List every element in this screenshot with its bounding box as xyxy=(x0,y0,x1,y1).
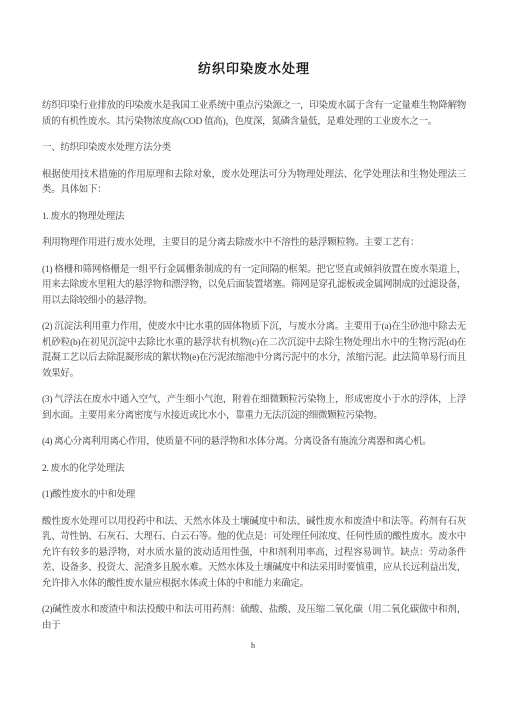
paragraph-method-overview: 根据使用技术措施的作用原理和去除对象，废水处理法可分为物理处理法、化学处理法和生… xyxy=(42,168,466,199)
document-content: 纺织印染废水处理 纺织印染行业排放的印染废水是我国工业系统中重点污染源之一，印染… xyxy=(42,60,466,645)
paragraph-centrifugal: (4) 离心分离利用离心作用，使质量不同的悬浮物和水体分离。分离设备有施流分离器… xyxy=(42,435,466,451)
section-heading-chemical: 2. 废水的化学处理法 xyxy=(42,462,466,478)
doc-title: 纺织印染废水处理 xyxy=(42,60,466,78)
section-heading-physical: 1. 废水的物理处理法 xyxy=(42,210,466,226)
page-footer-text: h xyxy=(0,641,506,651)
section-heading-acid-neutralization: (1)酸性废水的中和处理 xyxy=(42,488,466,504)
section-heading-methods: 一、纺织印染废水处理方法分类 xyxy=(42,141,466,157)
paragraph-physical-intro: 利用物理作用进行废水处理，主要目的是分离去除废水中不溶性的悬浮颗粒物。主要工艺有… xyxy=(42,236,466,252)
document-page: 纺织印染废水处理 纺织印染行业排放的印染废水是我国工业系统中重点污染源之一，印染… xyxy=(0,0,506,702)
paragraph-acid-neutralization: 酸性废水处理可以用投药中和法、天然水体及土壤碱度中和法、碱性废水和废渣中和法等。… xyxy=(42,515,466,593)
paragraph-sedimentation: (2) 沉淀法利用重力作用，使废水中比水重的固体物质下沉，与废水分离。主要用于(… xyxy=(42,320,466,382)
paragraph-grille-screen: (1) 格栅和筛网格栅是一组平行金属栅条制成的有一定间隔的框架。把它竖直或倾斜放… xyxy=(42,263,466,310)
paragraph-intro: 纺织印染行业排放的印染废水是我国工业系统中重点污染源之一，印染废水属于含有一定量… xyxy=(42,99,466,130)
paragraph-alkaline-neutralization: (2)碱性废水和废渣中和法投酸中和法可用药剂：硫酸、盐酸、及压缩二氧化碳（用二氧… xyxy=(42,603,466,634)
paragraph-air-flotation: (3) 气浮法在废水中通入空气，产生细小气泡，附着在细微颗粒污染物上，形成密度小… xyxy=(42,393,466,424)
